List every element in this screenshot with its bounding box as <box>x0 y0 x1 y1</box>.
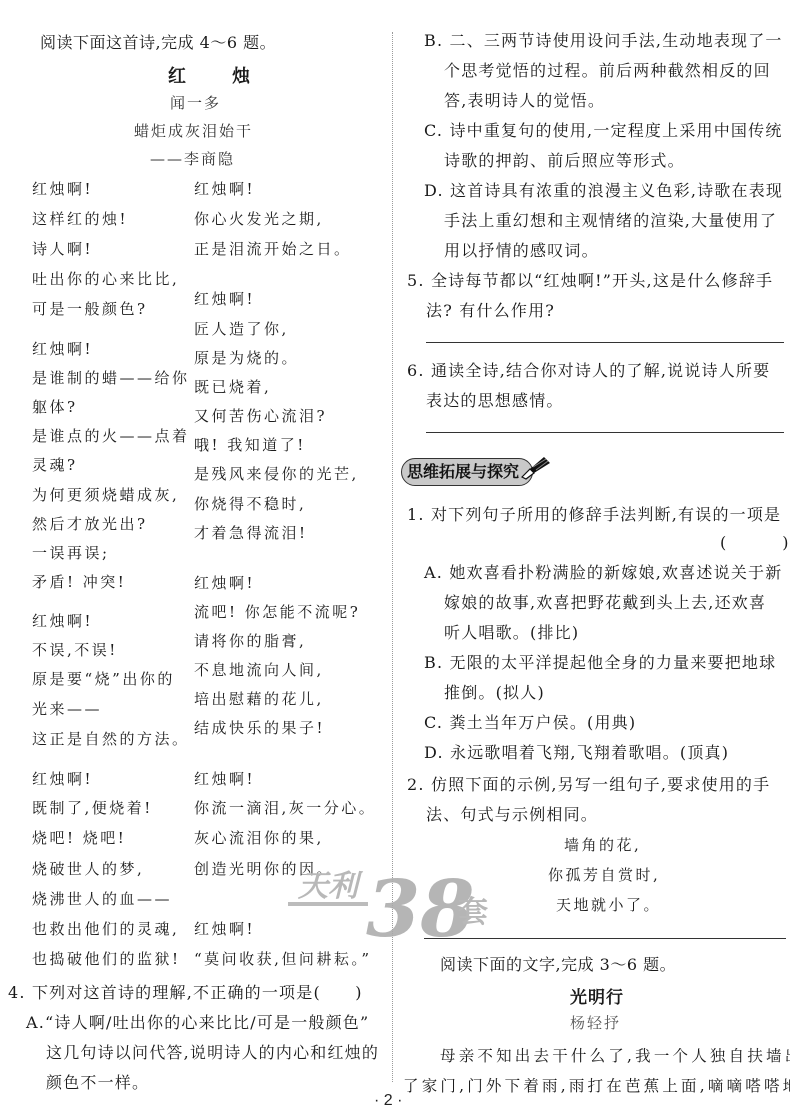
poem-line: 原是为烧的。 <box>194 347 299 368</box>
poem-line: 也救出他们的灵魂, <box>32 918 179 939</box>
poem-line: 你烧得不稳时, <box>194 493 306 514</box>
question-1-option-d: D. 永远歌唱着飞翔,飞翔着歌唱。(顶真) <box>424 738 729 768</box>
poem-line: 红烛啊! <box>32 178 93 199</box>
poem-line: 光来—— <box>32 698 102 719</box>
poem-epigraph: 蜡炬成灰泪始干 <box>134 120 253 141</box>
example-line: 你孤芳自赏时, <box>548 864 660 885</box>
poem-line: 红烛啊! <box>194 178 255 199</box>
column-divider <box>392 32 393 1082</box>
question-4-option-b-cont: 答,表明诗人的觉悟。 <box>444 86 605 116</box>
question-4-option-c: C. 诗中重复句的使用,一定程度上采用中国传统 <box>424 116 783 146</box>
poem-line: 这正是自然的方法。 <box>32 728 190 749</box>
poem-line: 原是要“烧”出你的 <box>32 668 175 689</box>
question-2-stem-cont: 法、句式与示例相同。 <box>426 800 598 830</box>
example-line: 墙角的花, <box>564 834 641 855</box>
poem-line: 不息地流向人间, <box>194 659 324 680</box>
poem-line: 是谁点的火——点着 <box>32 425 190 446</box>
poem-line: 为何更须烧蜡成灰, <box>32 484 179 505</box>
question-1-option-c: C. 粪土当年万户侯。(用典) <box>424 708 636 738</box>
poem-line: 流吧! 你怎能不流呢? <box>194 601 360 622</box>
poem-line: 烧沸世人的血—— <box>32 888 172 909</box>
poem-line: “莫问收获,但问耕耘。” <box>194 948 372 969</box>
question-2-stem: 2. 仿照下面的示例,另写一组句子,要求使用的手 <box>407 770 770 800</box>
question-6-stem: 6. 通读全诗,结合你对诗人的了解,说说诗人所要 <box>407 356 770 386</box>
question-1-option-b: B. 无限的太平洋提起他全身的力量来要把地球 <box>424 648 776 678</box>
svg-text:38: 38 <box>366 864 475 944</box>
passage-author: 杨轻抒 <box>570 1012 621 1033</box>
question-6-answer-line[interactable] <box>426 432 784 433</box>
poem-line: 吐出你的心来比比, <box>32 268 179 289</box>
poem-line: 结成快乐的果子! <box>194 717 325 738</box>
poem-line: 培出慰藉的花儿, <box>194 688 324 709</box>
poem-line: 矛盾! 冲突! <box>32 571 126 592</box>
poem-line: 红烛啊! <box>194 918 255 939</box>
question-4-stem: 4. 下列对这首诗的理解,不正确的一项是( ) <box>8 978 363 1008</box>
poem-line: 红烛啊! <box>194 768 255 789</box>
poem-line: 红烛啊! <box>194 572 255 593</box>
poem-line: 灰心流泪你的果, <box>194 827 324 848</box>
poem-line: 可是一般颜色? <box>32 298 148 319</box>
question-6-stem-cont: 表达的思想感情。 <box>426 386 564 416</box>
poem-line: 创造光明你的因。 <box>194 858 334 879</box>
poem-line: 诗人啊! <box>32 238 93 259</box>
passage-text-line: 母亲不知出去干什么了,我一个人独自扶墙出 <box>440 1044 790 1066</box>
poem-line: 烧破世人的梦, <box>32 858 144 879</box>
poem-line: 不误,不误! <box>32 639 118 660</box>
passage-title: 光明行 <box>570 983 624 1008</box>
poem-line: 烧吧! 烧吧! <box>32 827 126 848</box>
question-1-option-a-cont: 嫁娘的故事,欢喜把野花戴到头上去,还欢喜 <box>444 588 766 618</box>
question-5-answer-line[interactable] <box>426 342 784 343</box>
question-4-option-d-cont: 用以抒情的感叹词。 <box>444 236 599 266</box>
poem-line: 红烛啊! <box>32 610 93 631</box>
poem-line: 红烛啊! <box>194 288 255 309</box>
poem-line: 躯体? <box>32 396 78 417</box>
poem-line: 才着急得流泪! <box>194 522 308 543</box>
example-line: 天地就小了。 <box>556 894 661 915</box>
question-1-option-a-cont: 听人唱歌。(排比) <box>444 618 579 648</box>
question-1-stem: 1. 对下列句子所用的修辞手法判断,有误的一项是 <box>407 500 781 530</box>
poem-line: 请将你的脂膏, <box>194 630 306 651</box>
poem-line: 又何苦伤心流泪? <box>194 405 327 426</box>
question-4-option-c-cont: 诗歌的押韵、前后照应等形式。 <box>444 146 685 176</box>
svg-text:套: 套 <box>458 895 488 930</box>
poem-line: 是残风来侵你的光芒, <box>194 463 359 484</box>
question-1-option-a: A. 她欢喜看扑粉满脸的新嫁娘,欢喜述说关于新 <box>424 558 782 588</box>
question-4-option-a-cont: 这几句诗以问代答,说明诗人的内心和红烛的 <box>46 1038 379 1068</box>
poem-line: 你心火发光之期, <box>194 208 324 229</box>
pencil-icon <box>520 455 554 481</box>
question-4-option-a: A.“诗人啊/吐出你的心来比比/可是一般颜色” <box>26 1008 369 1038</box>
poem-line: 这样红的烛! <box>32 208 128 229</box>
reading-instruction: 阅读下面这首诗,完成 4～6 题。 <box>40 30 276 53</box>
poem-line: 匠人造了你, <box>194 318 289 339</box>
poem-author: 闻一多 <box>170 92 221 113</box>
poem-line: 是谁制的蜡——给你 <box>32 367 190 388</box>
question-1-option-b-cont: 推倒。(拟人) <box>444 678 545 708</box>
poem-line: 一误再误; <box>32 542 110 563</box>
poem-line: 红烛啊! <box>32 338 93 359</box>
question-4-option-a-cont: 颜色不一样。 <box>46 1068 149 1098</box>
poem-line: 然后才放光出? <box>32 513 148 534</box>
section-badge: 思维拓展与探究 <box>401 458 533 486</box>
section-separator-line <box>424 938 786 939</box>
question-4-option-d: D. 这首诗具有浓重的浪漫主义色彩,诗歌在表现 <box>424 176 783 206</box>
question-4-option-b-cont: 个思考觉悟的过程。前后两种截然相反的回 <box>444 56 771 86</box>
question-4-option-d-cont: 手法上重幻想和主观情绪的渲染,大量使用了 <box>444 206 777 236</box>
poem-line: 正是泪流开始之日。 <box>194 238 352 259</box>
poem-title: 红 烛 <box>168 62 264 88</box>
question-1-answer-bracket[interactable]: ( ) <box>720 530 790 553</box>
poem-line: 既已烧着, <box>194 376 271 397</box>
poem-line: 灵魂? <box>32 454 78 475</box>
poem-line: 你流一滴泪,灰一分心。 <box>194 797 376 818</box>
question-5-stem: 5. 全诗每节都以“红烛啊!”开头,这是什么修辞手 <box>407 266 773 296</box>
question-4-option-b: B. 二、三两节诗使用设问手法,生动地表现了一 <box>424 26 783 56</box>
passage-text-line: 了家门,门外下着雨,雨打在芭蕉上面,嘀嘀嗒嗒地 <box>403 1074 790 1096</box>
poem-line: 哦! 我知道了! <box>194 434 306 455</box>
poem-line: 既制了,便烧着! <box>32 797 153 818</box>
poem-line: 红烛啊! <box>32 768 93 789</box>
page-number: · 2 · <box>374 1092 402 1110</box>
question-5-stem-cont: 法? 有什么作用? <box>426 296 555 326</box>
epigraph-source: ——李商隐 <box>150 148 235 169</box>
poem-line: 也捣破他们的监狱! <box>32 948 181 969</box>
reading-2-instruction: 阅读下面的文字,完成 3～6 题。 <box>440 952 676 975</box>
